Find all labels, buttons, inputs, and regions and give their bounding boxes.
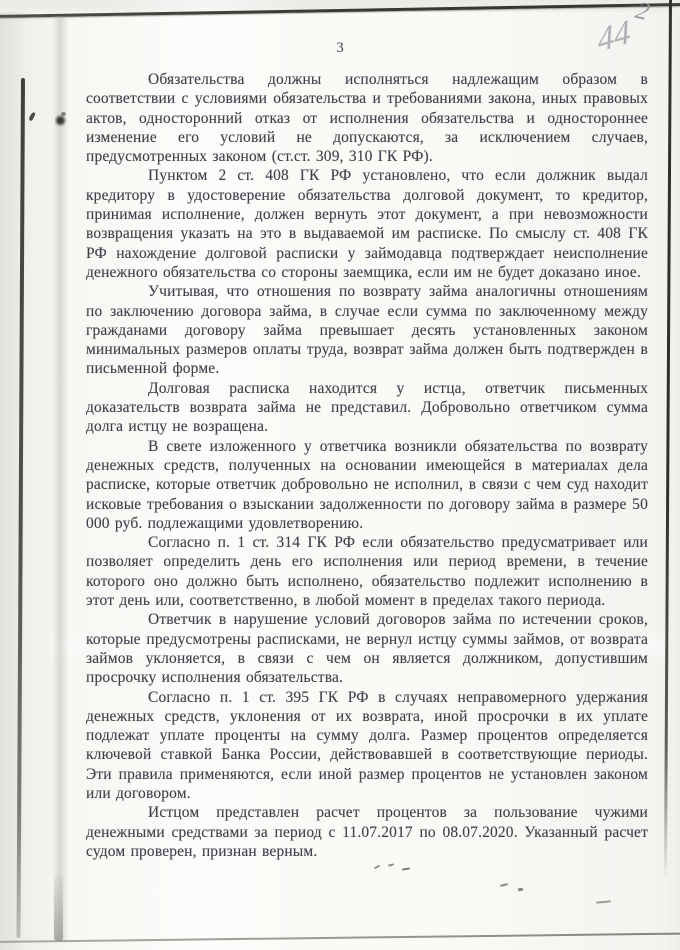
ink-speck <box>28 112 35 122</box>
page-right-edge <box>664 0 672 880</box>
pencil-speck <box>374 865 380 869</box>
paragraph: В свете изложенного у ответчика возникли… <box>86 437 648 533</box>
paragraph: Ответчик в нарушение условий договоров з… <box>86 610 648 687</box>
pencil-speck <box>500 883 508 887</box>
page-left-edge <box>16 78 25 938</box>
paragraph: Обязательства должны исполняться надлежа… <box>86 70 648 166</box>
document-body: Обязательства должны исполняться надлежа… <box>86 70 648 861</box>
page-number: 3 <box>320 40 360 57</box>
paragraph: Долговая расписка находится у истца, отв… <box>86 379 648 437</box>
paragraph: Согласно п. 1 ст. 314 ГК РФ если обязате… <box>86 533 648 610</box>
paragraph: Учитывая, что отношения по возврату займ… <box>86 282 648 378</box>
paragraph: Пунктом 2 ст. 408 ГК РФ установлено, что… <box>86 166 648 282</box>
scanned-document-page: 2 44 3 Обязательства должны исполняться … <box>0 0 680 950</box>
pencil-speck <box>518 888 523 892</box>
paragraph: Согласно п. 1 ст. 395 ГК РФ в случаях не… <box>86 688 648 804</box>
pencil-page-number: 44 <box>596 13 633 61</box>
pencil-speck <box>402 867 410 870</box>
page-bottom-edge <box>0 932 680 943</box>
paragraph: Истцом представлен расчет процентов за п… <box>86 803 648 861</box>
pencil-speck <box>388 863 394 866</box>
page-fold-shadow <box>52 16 69 941</box>
pencil-speck <box>596 900 611 904</box>
